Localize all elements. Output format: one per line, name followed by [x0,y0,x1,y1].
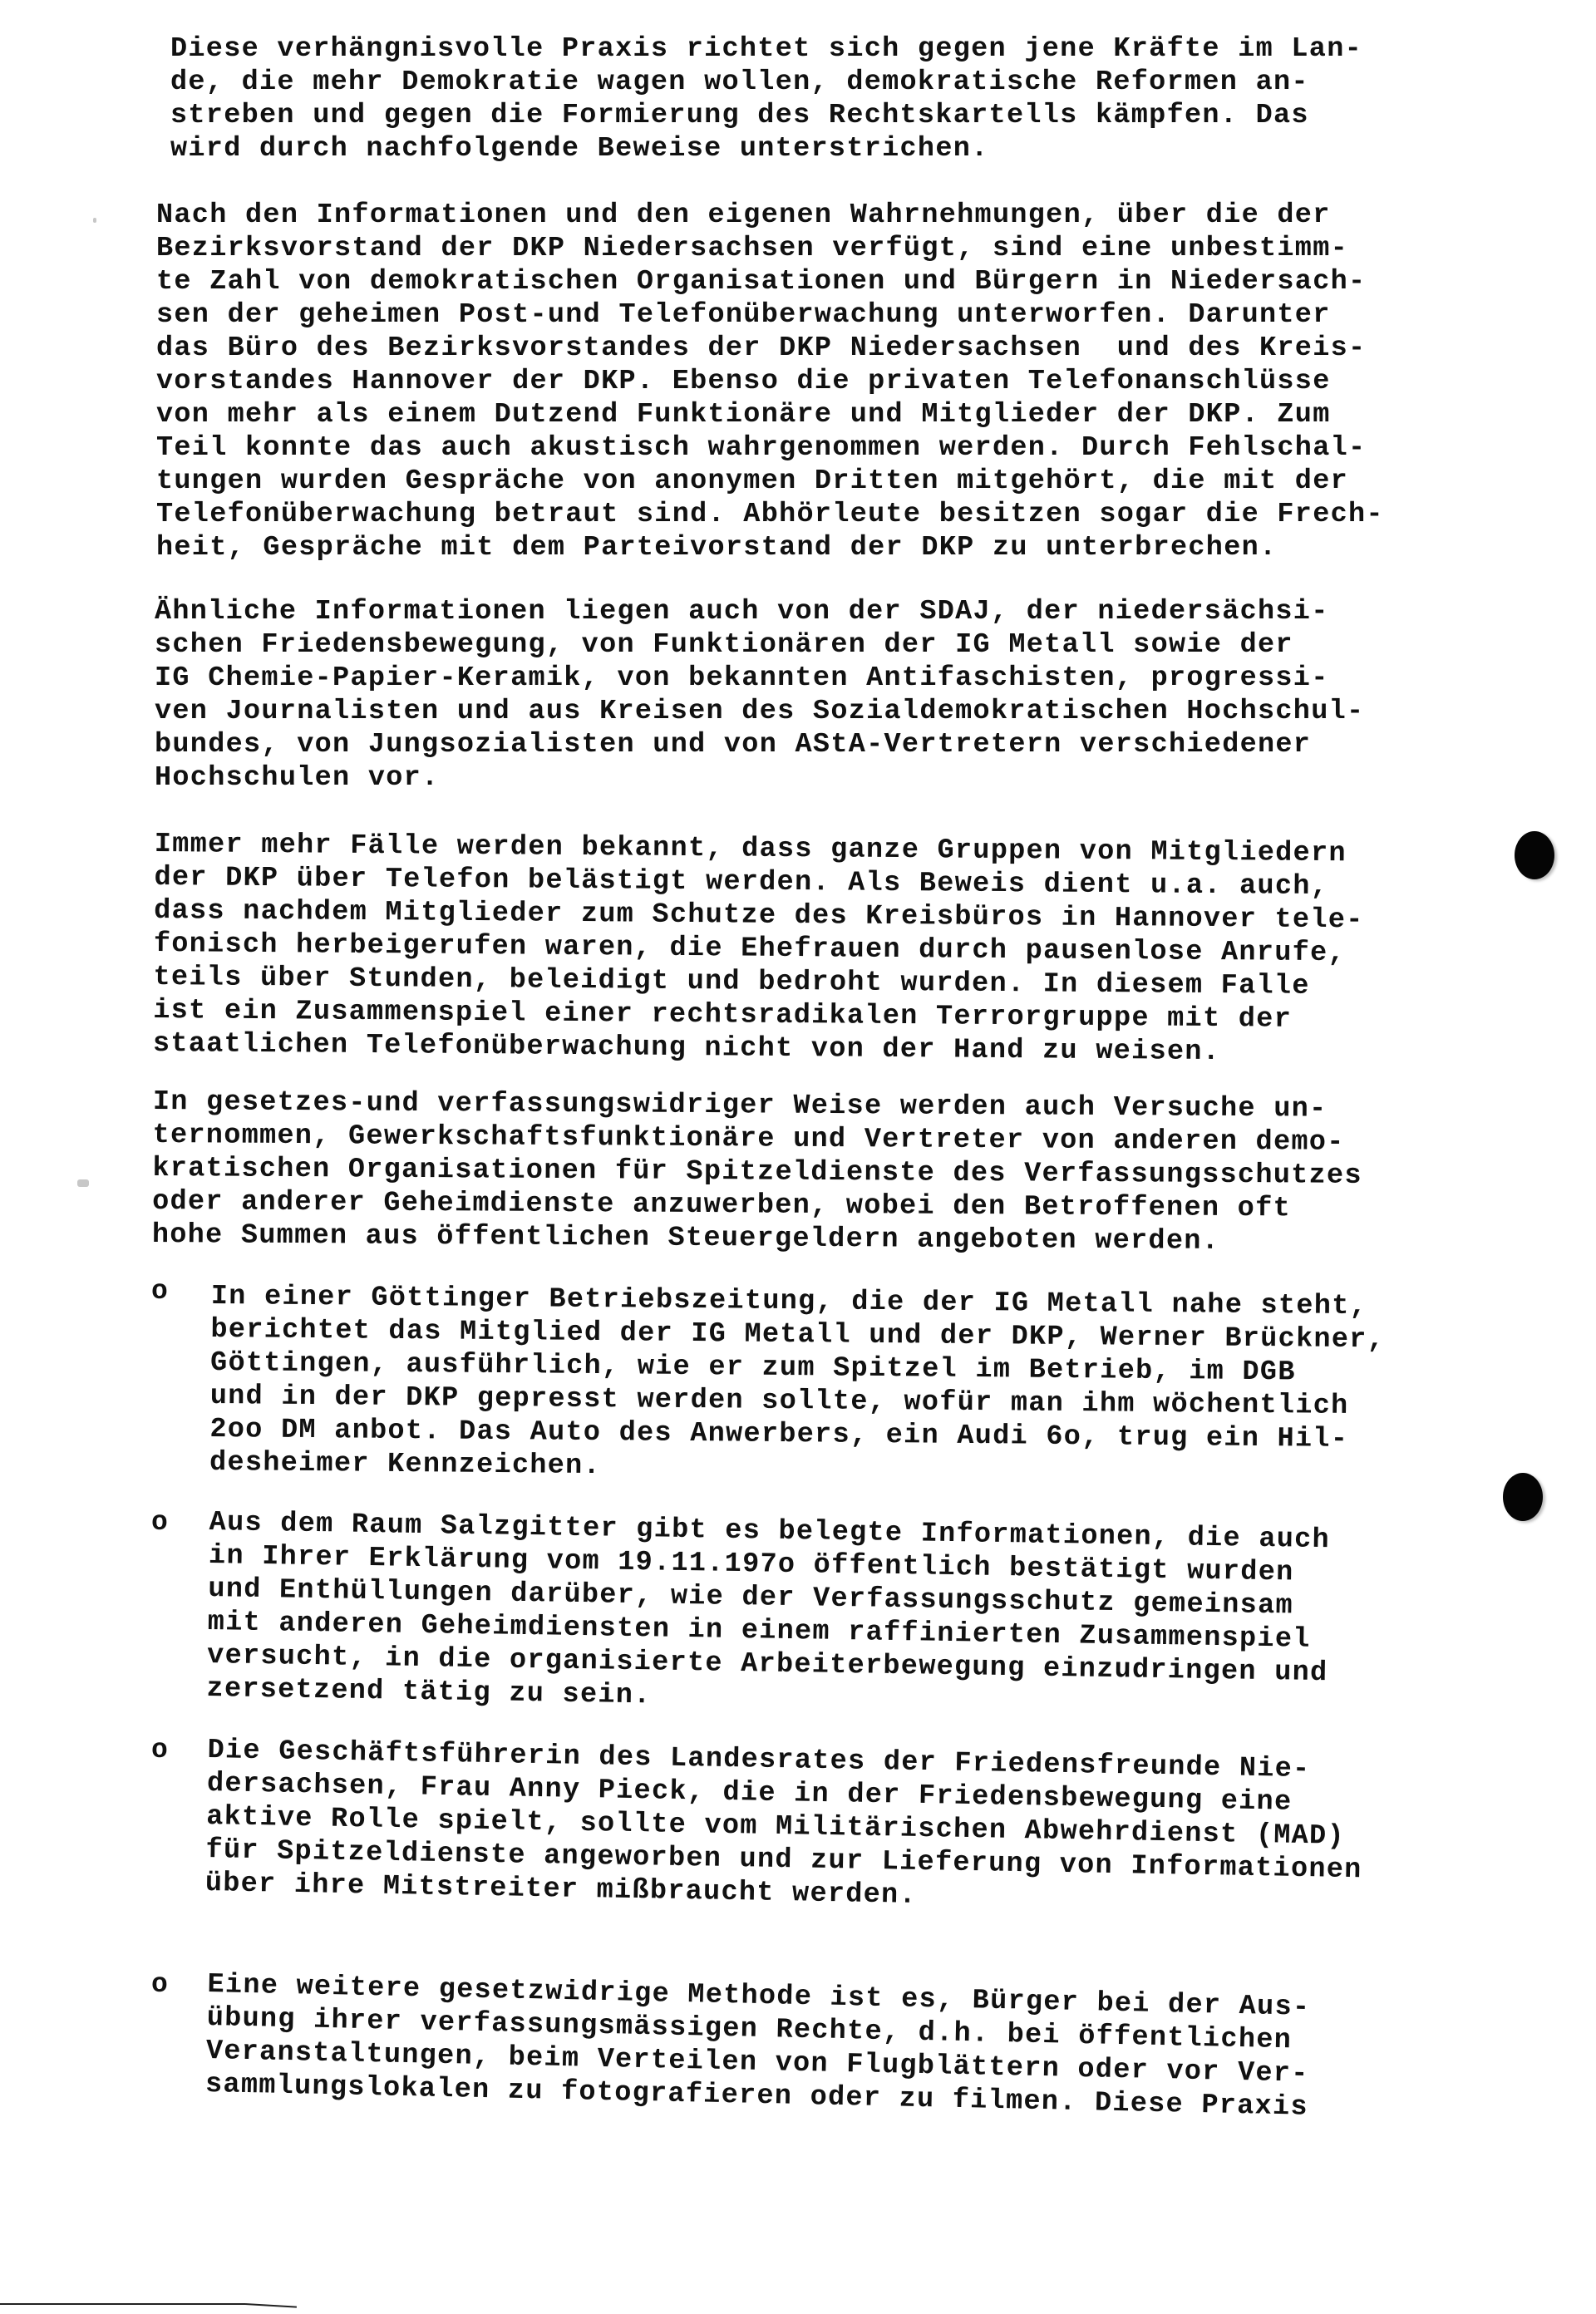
text-line: Hochschulen vor. [155,761,1364,795]
text-line: Diese verhängnisvolle Praxis richtet sic… [170,32,1362,66]
paragraph-anwerbung: In gesetzes-und verfassungswidriger Weis… [152,1086,1363,1259]
text-line: te Zahl von demokratischen Organisatione… [156,265,1384,298]
paragraph-telefonueberwachung: Nach den Informationen und den eigenen W… [156,199,1384,564]
bullet-item-fotografieren: Eine weitere gesetzwidrige Methode ist e… [205,1968,1311,2124]
text-line: von mehr als einem Dutzend Funktionäre u… [156,398,1384,431]
bullet-marker: o [151,1734,168,1767]
text-line: Ähnliche Informationen liegen auch von d… [155,595,1364,628]
text-line: tungen wurden Gespräche von anonymen Dri… [156,465,1384,498]
text-line: IG Chemie-Papier-Keramik, von bekannten … [155,662,1364,695]
text-line: heit, Gespräche mit dem Parteivorstand d… [156,531,1384,564]
text-line: Nach den Informationen und den eigenen W… [156,199,1384,232]
text-line: streben und gegen die Formierung des Rec… [170,99,1362,132]
text-line: bundes, von Jungsozialisten und von AStA… [155,728,1364,761]
bullet-item-friedensfreunde: Die Geschäftsführerin des Landesrates de… [205,1734,1364,1920]
punch-hole-upper [1515,831,1554,879]
paragraph-intro: Diese verhängnisvolle Praxis richtet sic… [170,32,1362,165]
bullet-marker: o [151,1275,168,1308]
margin-smudge [77,1179,89,1187]
text-line: Teil konnte das auch akustisch wahrgenom… [156,431,1384,465]
text-line: wird durch nachfolgende Beweise unterstr… [170,132,1362,165]
bullet-item-salzgitter: Aus dem Raum Salzgitter gibt es belegte … [206,1506,1330,1723]
bullet-marker: o [151,1506,168,1539]
bottom-edge-line [0,2303,245,2305]
text-line: schen Friedensbewegung, von Funktionären… [155,628,1364,662]
text-line: das Büro des Bezirksvorstandes der DKP N… [156,332,1384,365]
text-line: hohe Summen aus öffentlichen Steuergelde… [152,1219,1362,1259]
text-line: ven Journalisten und aus Kreisen des Soz… [155,695,1364,728]
punch-hole-lower [1503,1473,1543,1521]
text-line: de, die mehr Demokratie wagen wollen, de… [170,66,1362,99]
bottom-edge-line-slant [245,2303,297,2308]
text-line: Bezirksvorstand der DKP Niedersachsen ve… [156,232,1384,265]
margin-dot [93,218,96,223]
bullet-item-goettingen: In einer Göttinger Betriebszeitung, die … [209,1280,1386,1489]
scanned-document-page: Diese verhängnisvolle Praxis richtet sic… [0,0,1596,2314]
text-line: Telefonüberwachung betraut sind. Abhörle… [156,498,1384,531]
bullet-marker: o [151,1968,168,2001]
text-line: vorstandes Hannover der DKP. Ebenso die … [156,365,1384,398]
text-line: sen der geheimen Post-und Telefonüberwac… [156,298,1384,332]
paragraph-aehnliche-informationen: Ähnliche Informationen liegen auch von d… [155,595,1364,795]
paragraph-immer-mehr-faelle: Immer mehr Fälle werden bekannt, dass ga… [153,828,1365,1070]
